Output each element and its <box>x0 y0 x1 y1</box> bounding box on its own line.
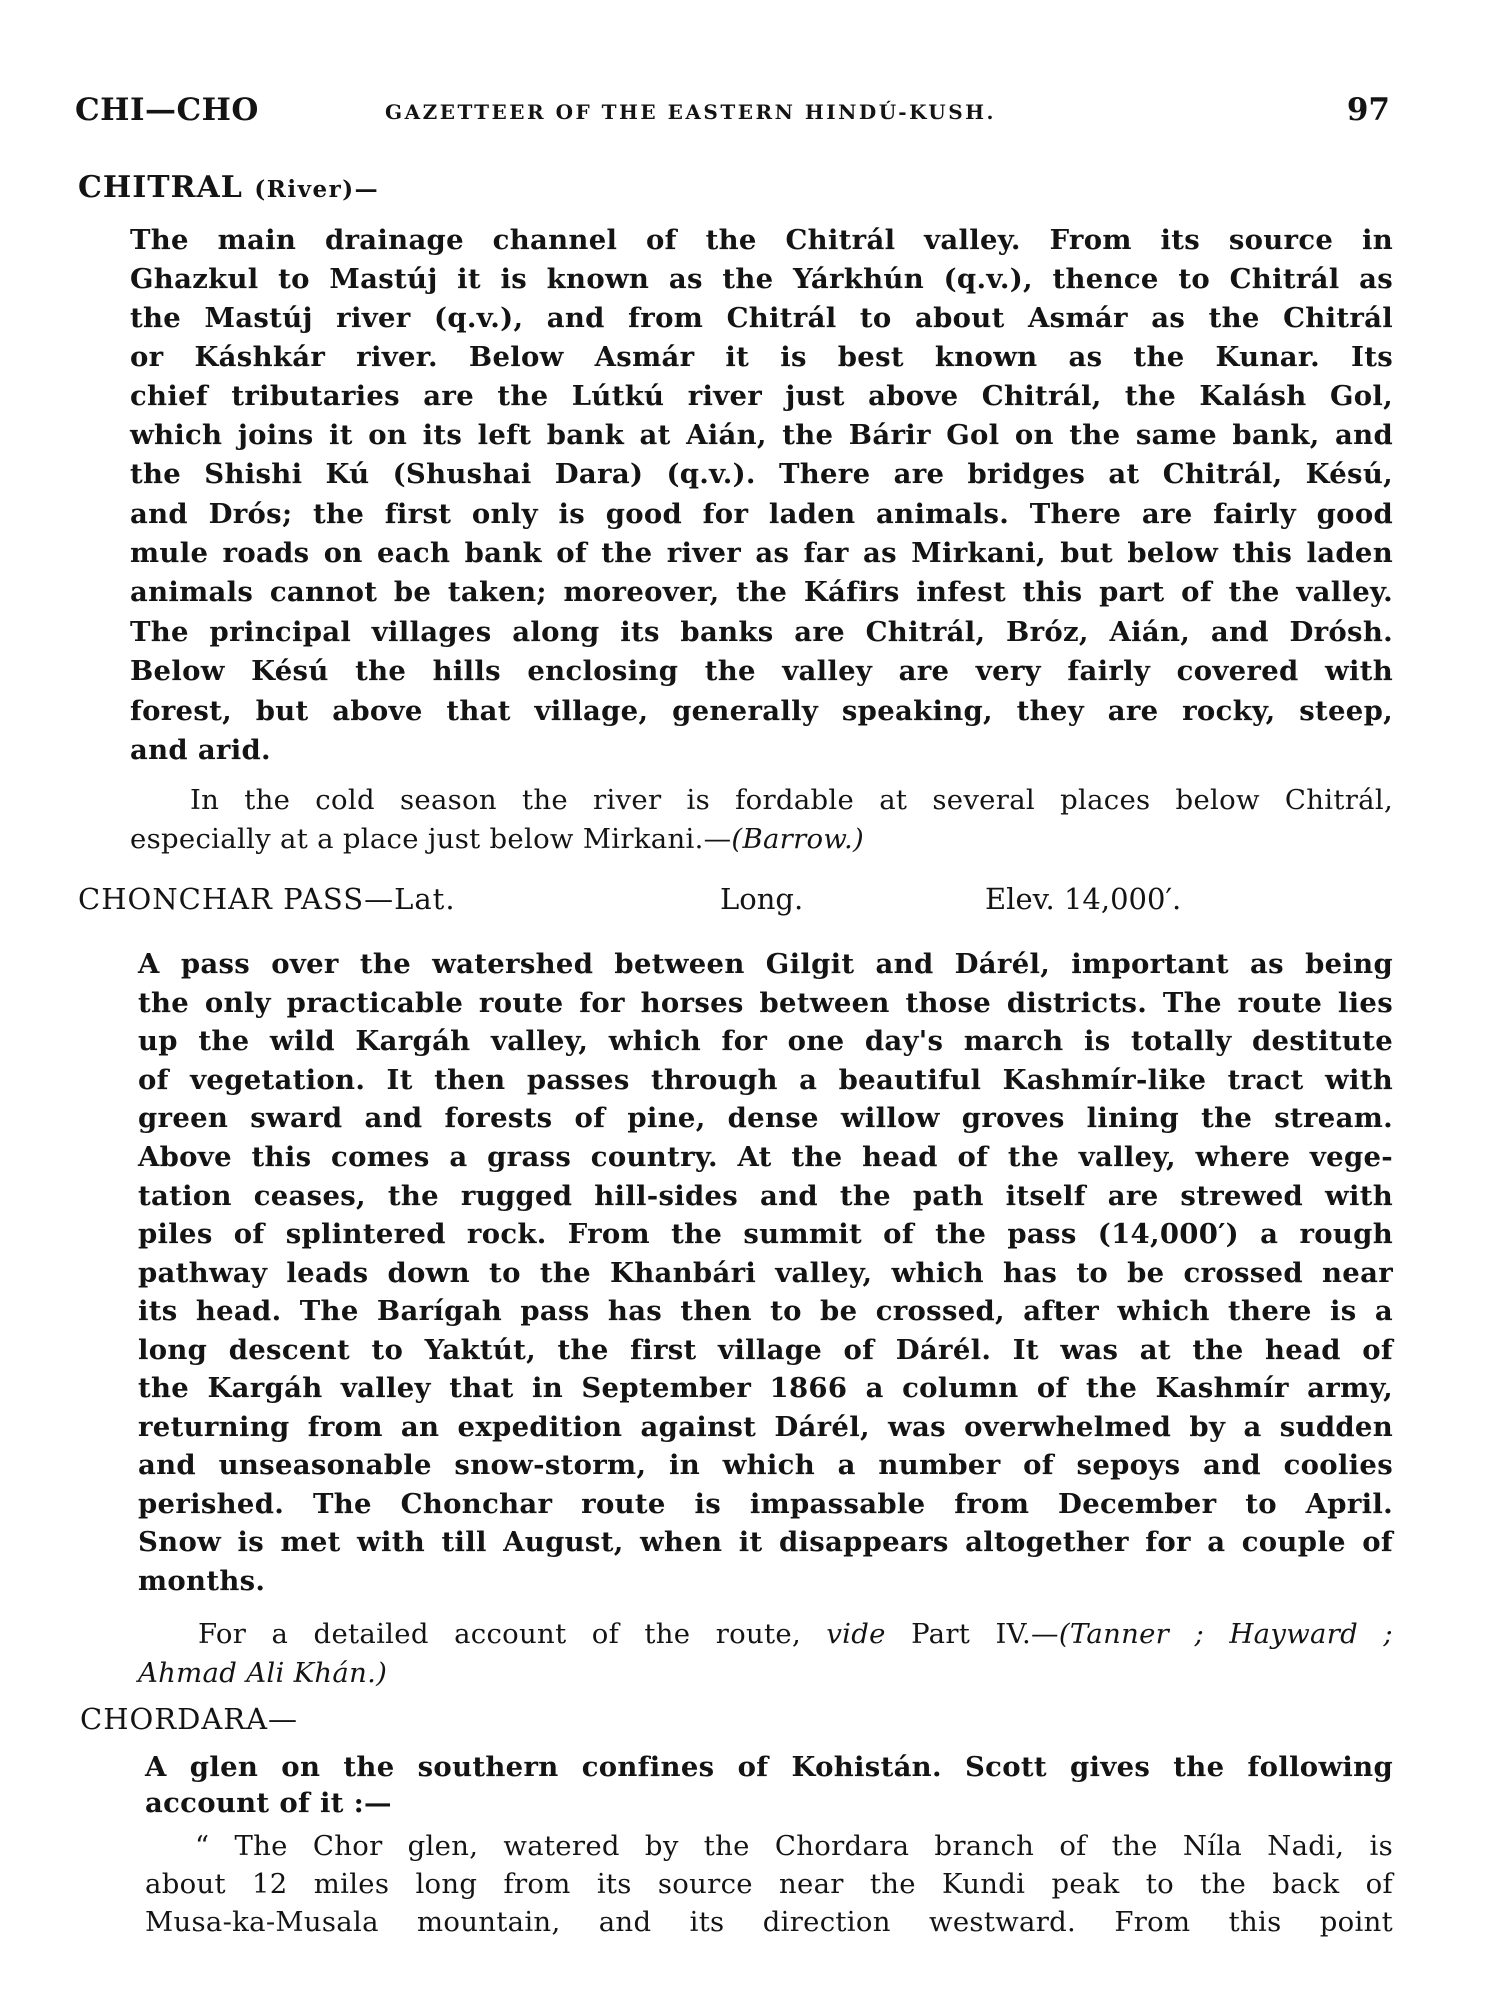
body-line: returning from an expedition against Dár… <box>138 1408 1393 1446</box>
quote-line: “ The Chor glen, watered by the Chordara… <box>195 1827 1393 1865</box>
page-number: 97 <box>1347 92 1390 128</box>
body-line: chief tributaries are the Lútkú river ju… <box>130 377 1393 415</box>
body-line: perished. The Chonchar route is impassab… <box>138 1485 1393 1523</box>
body-line: the Kargáh valley that in September 1866… <box>138 1369 1393 1407</box>
body-line: piles of splintered rock. From the summi… <box>138 1215 1393 1253</box>
body-line: tation ceases, the rugged hill-sides and… <box>138 1177 1393 1215</box>
entry-heading: CHONCHAR PASS—Lat. <box>78 882 456 916</box>
longitude-label: Long. <box>720 882 803 916</box>
source-citation: (Tanner ; Hayward ; <box>1059 1618 1393 1650</box>
entry-heading: CHITRAL (River)— <box>78 170 379 205</box>
quote-line: about 12 miles long from its source near… <box>145 1865 1393 1903</box>
cross-reference: Part IV.— <box>911 1618 1059 1650</box>
entry-heading-qualifier: (River)— <box>254 176 379 203</box>
entry-heading-name: CHITRAL <box>78 170 243 205</box>
body-text: For a detailed account of the route, <box>198 1618 801 1650</box>
body-line: forest, but above that village, generall… <box>130 692 1393 730</box>
running-head-title: GAZETTEER OF THE EASTERN HINDÚ-KUSH. <box>385 100 996 124</box>
running-head: CHI—CHO GAZETTEER OF THE EASTERN HINDÚ-K… <box>75 92 1390 132</box>
body-line: the Mastúj river (q.v.), and from Chitrá… <box>130 299 1393 337</box>
body-line: Snow is met with till August, when it di… <box>138 1523 1393 1561</box>
body-line: The principal villages along its banks a… <box>130 613 1393 651</box>
body-line: of vegetation. It then passes through a … <box>138 1061 1393 1099</box>
vide-text: vide <box>826 1618 885 1650</box>
body-line: long descent to Yaktút, the first villag… <box>138 1331 1393 1369</box>
body-line: The main drainage channel of the Chitrál… <box>130 221 1393 259</box>
body-line: and unseasonable snow-storm, in which a … <box>138 1446 1393 1484</box>
body-line: pathway leads down to the Khanbári valle… <box>138 1254 1393 1292</box>
entry-heading: CHORDARA— <box>80 1702 298 1736</box>
source-citation: (Barrow.) <box>731 823 864 855</box>
source-citation: Ahmad Ali Khán.) <box>138 1654 1393 1692</box>
body-line: the only practicable route for horses be… <box>138 984 1393 1022</box>
body-line: up the wild Kargáh valley, which for one… <box>138 1022 1393 1060</box>
running-head-range: CHI—CHO <box>75 92 259 128</box>
body-line: and Drós; the first only is good for lad… <box>130 495 1393 533</box>
elevation-label: Elev. 14,000′. <box>985 882 1181 916</box>
body-line-with-source: For a detailed account of the route, vid… <box>198 1615 1393 1653</box>
body-line: its head. The Barígah pass has then to b… <box>138 1292 1393 1330</box>
body-line: A pass over the watershed between Gilgit… <box>138 945 1393 983</box>
body-line: account of it :— <box>145 1784 1393 1822</box>
body-line: Below Késú the hills enclosing the valle… <box>130 652 1393 690</box>
body-line: animals cannot be taken; moreover, the K… <box>130 573 1393 611</box>
quote-line: Musa-ka-Musala mountain, and its directi… <box>145 1903 1393 1941</box>
body-line: and arid. <box>130 731 1393 769</box>
body-line: Ghazkul to Mastúj it is known as the Yár… <box>130 260 1393 298</box>
body-line: the Shishi Kú (Shushai Dara) (q.v.). The… <box>130 455 1393 493</box>
body-line: or Káshkár river. Below Asmár it is best… <box>130 338 1393 376</box>
body-line: which joins it on its left bank at Aián,… <box>130 416 1393 454</box>
body-line: Above this comes a grass country. At the… <box>138 1138 1393 1176</box>
body-text: especially at a place just below Mirkani… <box>130 823 731 855</box>
body-line: In the cold season the river is fordable… <box>190 781 1393 819</box>
body-line: green sward and forests of pine, dense w… <box>138 1099 1393 1137</box>
body-line-with-source: especially at a place just below Mirkani… <box>130 820 1393 858</box>
body-line: months. <box>138 1562 1393 1600</box>
body-line: mule roads on each bank of the river as … <box>130 534 1393 572</box>
body-line: A glen on the southern confines of Kohis… <box>145 1748 1393 1786</box>
